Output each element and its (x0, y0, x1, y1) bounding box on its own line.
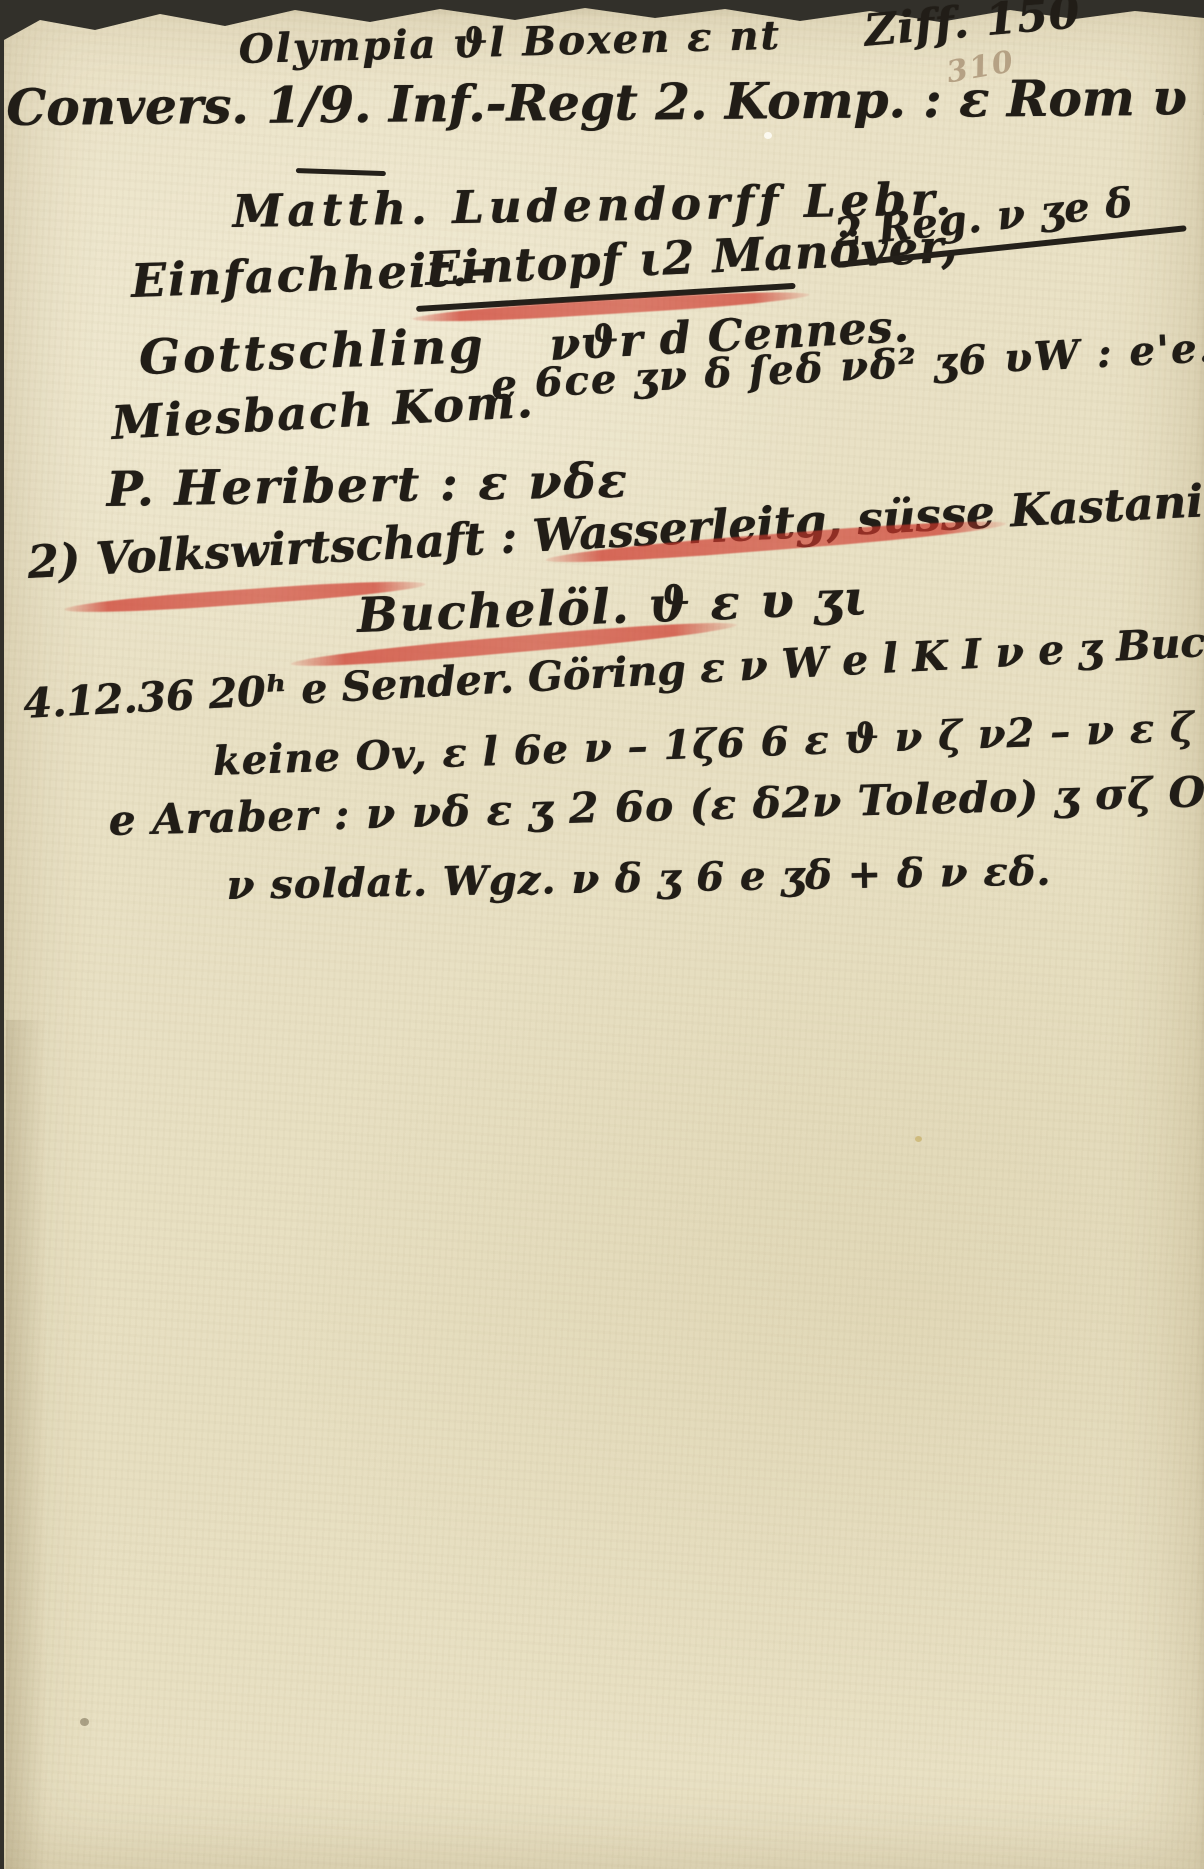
paper-speck (80, 1718, 89, 1726)
paper-speck (764, 132, 772, 139)
paper-crease (6, 1020, 60, 1869)
scanned-note-page: Olympia ϑl Boxen ε nt Ziff. 150 310 Conv… (0, 0, 1204, 1869)
paper-speck (915, 1136, 922, 1142)
conversation-entry-line: Convers. 1/9. Inf.-Regt 2. Komp. : ε Rom… (6, 66, 1204, 137)
